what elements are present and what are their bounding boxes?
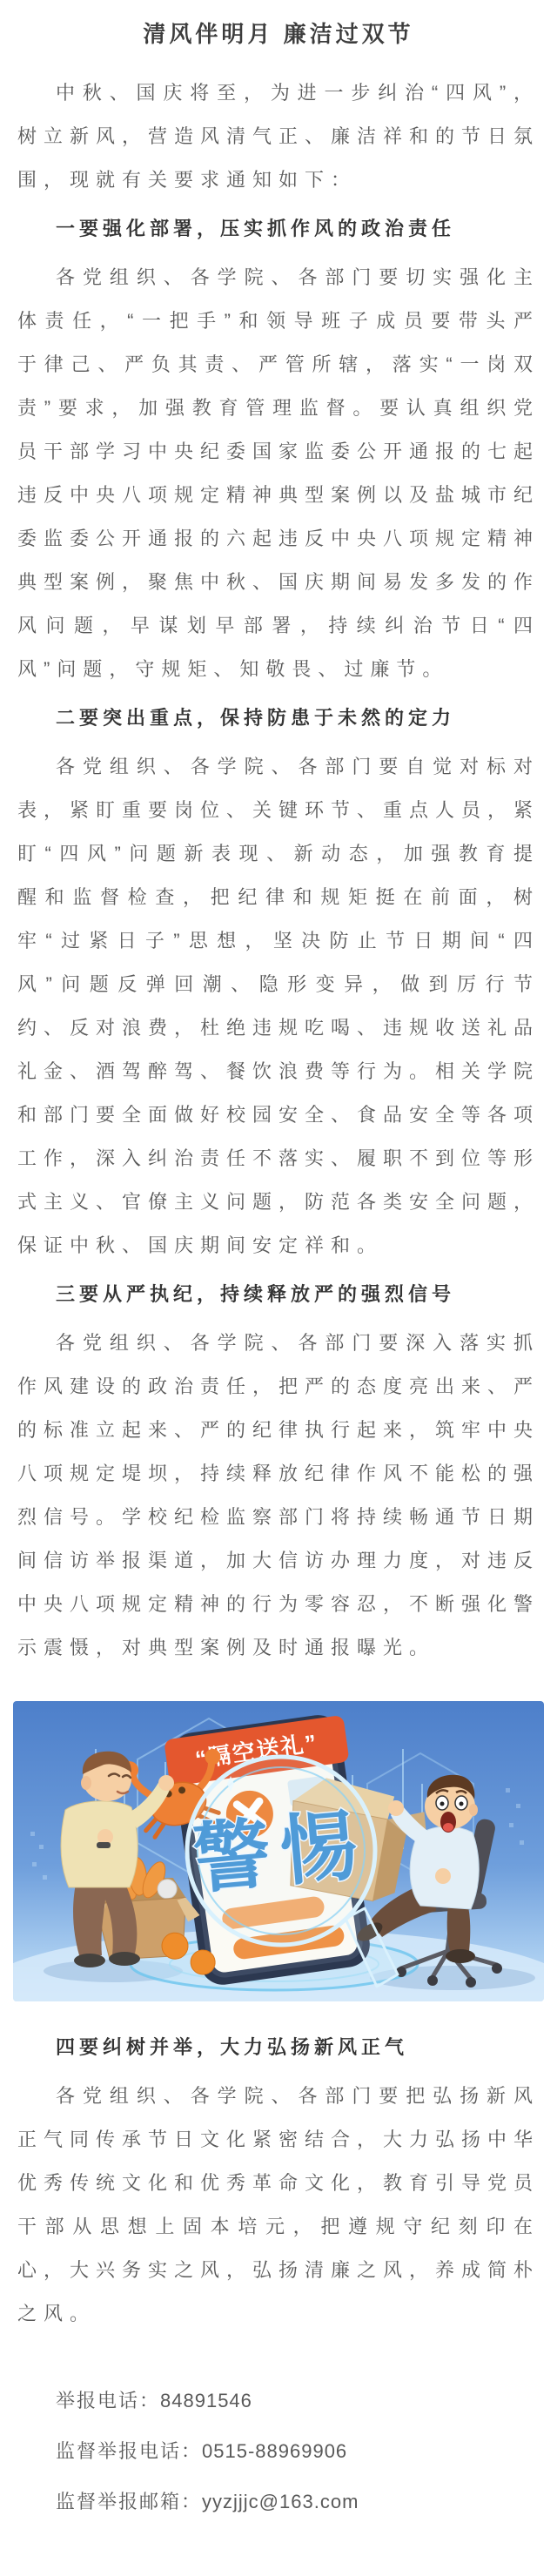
section-3-heading: 三要从严执纪，持续释放严的强烈信号	[17, 1273, 540, 1316]
report-phone-label: 举报电话：	[56, 2390, 160, 2411]
section-2-heading: 二要突出重点，保持防患于未然的定力	[17, 696, 540, 740]
section-3-body: 各党组织、各学院、各部门要深入落实抓作风建设的政治责任，把严的态度亮出来、严的标…	[17, 1322, 540, 1670]
supervision-email-line: 监督举报邮箱：yyzjjjc@163.com	[17, 2477, 540, 2527]
intro-paragraph: 中秋、国庆将至，为进一步纠治“四风”，树立新风，营造风清气正、廉洁祥和的节日氛围…	[17, 71, 540, 202]
section-1-body: 各党组织、各学院、各部门要切实强化主体责任，“一把手”和领导班子成员要带头严于律…	[17, 256, 540, 691]
supervision-email-value: yyzjjjc@163.com	[202, 2491, 359, 2512]
supervision-email-label: 监督举报邮箱：	[56, 2491, 202, 2512]
supervision-phone-value: 0515-88969906	[202, 2440, 347, 2462]
article-page: 清风伴明月 廉洁过双节 中秋、国庆将至，为进一步纠治“四风”，树立新风，营造风清…	[0, 0, 557, 2576]
supervision-phone-line: 监督举报电话：0515-88969906	[17, 2426, 540, 2477]
supervision-phone-label: 监督举报电话：	[56, 2440, 202, 2462]
article-title: 清风伴明月 廉洁过双节	[17, 17, 540, 50]
section-2-body: 各党组织、各学院、各部门要自觉对标对表，紧盯重要岗位、关键环节、重点人员，紧盯“…	[17, 745, 540, 1268]
section-4-body: 各党组织、各学院、各部门要把弘扬新风正气同传承节日文化紧密结合，大力弘扬中华优秀…	[17, 2075, 540, 2336]
report-phone-value: 84891546	[160, 2390, 252, 2411]
warning-illustration: “隔空送礼”	[13, 1701, 544, 2001]
contact-info: 举报电话：84891546 监督举报电话：0515-88969906 监督举报邮…	[17, 2376, 540, 2527]
warning-watermark: 警惕	[190, 1801, 371, 1902]
section-4-heading: 四要纠树并举，大力弘扬新风正气	[17, 2026, 540, 2069]
report-phone-line: 举报电话：84891546	[17, 2376, 540, 2426]
warning-illustration-svg: “隔空送礼”	[13, 1701, 544, 2001]
section-1-heading: 一要强化部署，压实抓作风的政治责任	[17, 207, 540, 251]
